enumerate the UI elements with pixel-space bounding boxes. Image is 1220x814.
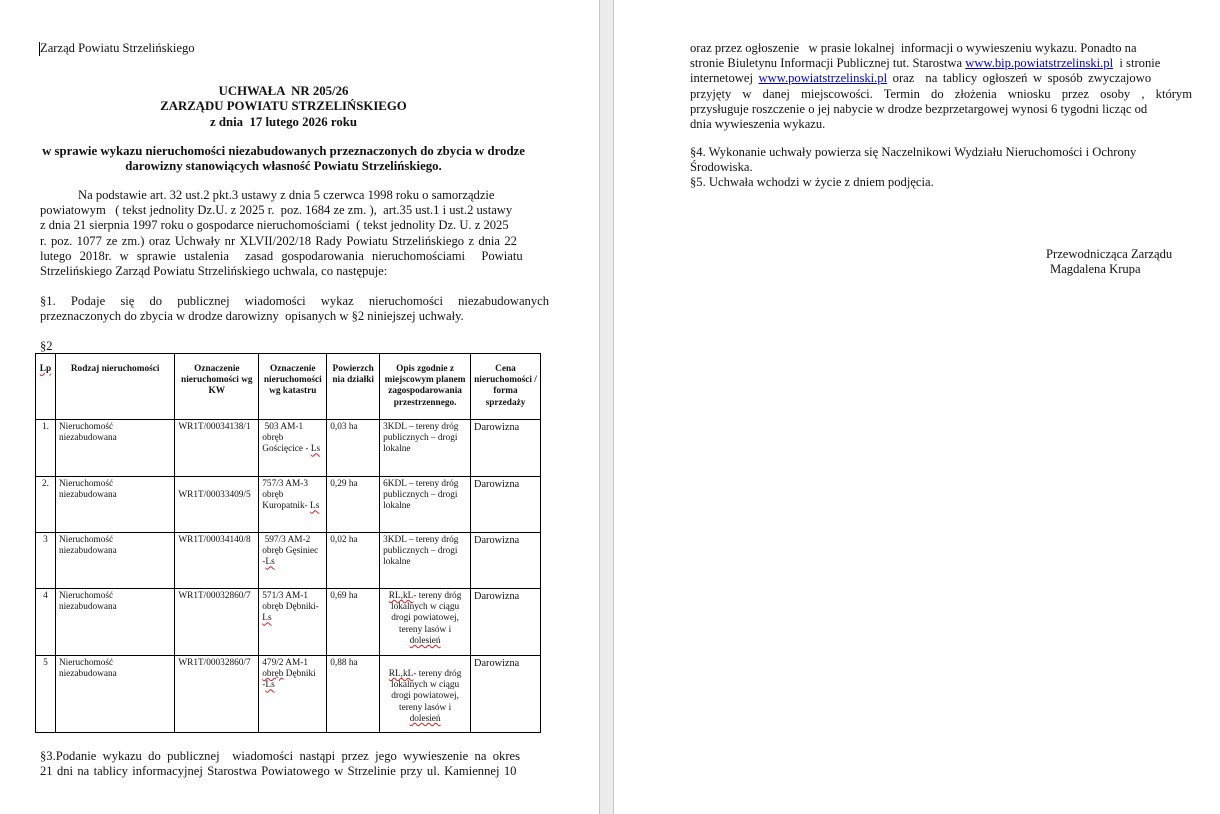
header-lp: Lp <box>36 354 56 420</box>
cadastre-use-class: Ls <box>265 680 274 690</box>
plan-code: RL,kL <box>389 669 414 679</box>
cadastre-location-name: Gościęcice - <box>262 444 311 454</box>
cell-price: Darowizna <box>471 656 541 733</box>
cadastre-precinct: obręb Dębniki- <box>262 602 323 613</box>
cell-kw: WR1T/00034138/1 <box>175 420 259 477</box>
paragraph-3-line: §3.Podanie wykazu do publicznej wiadomoś… <box>40 749 525 764</box>
document-page-1: Zarząd Powiatu Strzelińskiego UCHWAŁA NR… <box>0 0 599 814</box>
header-cadastre: Oznaczenie nieruchomości wg katastru <box>259 354 327 420</box>
cell-lp: 2. <box>36 477 56 533</box>
preamble-text: Na podstawie art. 32 ust.2 pkt.3 ustawy … <box>78 188 495 203</box>
preamble-line: z dnia 21 sierpnia 1997 roku o gospodarc… <box>40 218 525 233</box>
title-line-issuer: ZARZĄDU POWIATU STRZELIŃSKIEGO <box>40 99 527 114</box>
preamble-line: r. poz. 1077 ze zm.) oraz Uchwały nr XLV… <box>40 234 525 249</box>
cadastre-use-class: Ls <box>265 557 274 567</box>
plan-description-end: dolesień <box>410 636 441 646</box>
cell-price: Darowizna <box>471 589 541 656</box>
table-row: 2. Nieruchomość niezabudowana WR1T/00033… <box>36 477 541 533</box>
cell-cadastre: 479/2 AM-1 obręb Dębniki -Ls <box>259 656 327 733</box>
cell-kw: WR1T/00034140/8 <box>175 533 259 589</box>
cell-cadastre: 503 AM-1 obręb Gościęcice - Ls <box>259 420 327 477</box>
continuation-text: stronie Biuletynu Informacji Publicznej … <box>690 56 965 70</box>
table-row: 3 Nieruchomość niezabudowana WR1T/000341… <box>36 533 541 589</box>
plan-description-end: dolesień <box>410 714 441 724</box>
header-lp-text: Lp <box>40 364 51 374</box>
cadastre-plot: 503 AM-1 <box>262 422 323 433</box>
continuation-line: przyjęty w danej miejscowości. Termin do… <box>690 87 1175 102</box>
cell-type: Nieruchomość niezabudowana <box>55 589 174 656</box>
continuation-text: i stronie <box>1113 56 1160 70</box>
cell-area: 0,02 ha <box>327 533 380 589</box>
cell-lp: 5 <box>36 656 56 733</box>
header-area: Powierzch nia działki <box>327 354 380 420</box>
cell-price: Darowizna <box>471 533 541 589</box>
cell-description: 3KDL – tereny dróg publicznych – drogi l… <box>380 420 471 477</box>
table-row: 4 Nieruchomość niezabudowana WR1T/000328… <box>36 589 541 656</box>
signature-role: Przewodnicząca Zarządu <box>1046 247 1172 262</box>
continuation-line: dnia wywieszenia wykazu. <box>690 117 1175 132</box>
cell-cadastre: 757/3 AM-3 obręb Kuropatnik- Ls <box>259 477 327 533</box>
cell-price: Darowizna <box>471 420 541 477</box>
continuation-line: przysługuje roszczenie o jej nabycie w d… <box>690 102 1175 117</box>
preamble-line: lutego 2018r. w sprawie ustalenia zasad … <box>40 249 525 264</box>
cell-kw-text: WR1T/00033409/5 <box>178 479 255 501</box>
subject-line-2: darowizny stanowiących własność Powiatu … <box>40 159 527 174</box>
cell-area: 0,69 ha <box>327 589 380 656</box>
header-organization: Zarząd Powiatu Strzelińskiego <box>40 41 195 56</box>
website-link[interactable]: www.powiatstrzelinski.pl <box>759 71 888 85</box>
cell-area: 0,03 ha <box>327 420 380 477</box>
cadastre-location: Ls <box>262 613 323 624</box>
cell-area: 0,29 ha <box>327 477 380 533</box>
title-line-number: UCHWAŁA NR 205/26 <box>40 84 527 99</box>
cadastre-location: Gościęcice - Ls <box>262 444 323 455</box>
cell-lp: 3 <box>36 533 56 589</box>
continuation-line: internetowej www.powiatstrzelinski.pl or… <box>690 71 1175 86</box>
signature-block: Przewodnicząca Zarządu Magdalena Krupa <box>1046 247 1172 277</box>
paragraph-3: §3.Podanie wykazu do publicznej wiadomoś… <box>40 749 525 779</box>
preamble-line: powiatowym ( tekst jednolity Dz.U. z 202… <box>40 203 525 218</box>
plan-code: RL,kL <box>389 591 414 601</box>
table-header-row: Lp Rodzaj nieruchomości Oznaczenie nieru… <box>36 354 541 420</box>
paragraph-2-label: §2 <box>40 339 53 354</box>
cell-lp: 1. <box>36 420 56 477</box>
preamble-line: Na podstawie art. 32 ust.2 pkt.3 ustawy … <box>40 188 525 203</box>
subject-line-1: w sprawie wykazu nieruchomości niezabudo… <box>40 144 527 159</box>
cell-cadastre: 597/3 AM-2 obręb Gęsiniec -Ls <box>259 533 327 589</box>
cadastre-location: Kuropatnik- Ls <box>262 501 323 512</box>
signature-name: Magdalena Krupa <box>1046 262 1172 277</box>
cadastre-use-class: Ls <box>262 613 271 623</box>
cell-type: Nieruchomość niezabudowana <box>55 477 174 533</box>
cadastre-use-class: Ls <box>310 501 319 511</box>
bip-link[interactable]: www.bip.powiatstrzelinski.pl <box>965 56 1113 70</box>
cadastre-precinct-label: obręb <box>262 669 283 679</box>
cadastre-precinct: obręb Dębniki <box>262 669 323 680</box>
cell-description: RL,kL- tereny dróg lokalnych w ciągu dro… <box>380 656 471 733</box>
cadastre-precinct: obręb Gęsiniec <box>262 546 323 557</box>
continuation-line: stronie Biuletynu Informacji Publicznej … <box>690 56 1175 71</box>
cadastre-precinct-name: Dębniki <box>283 669 315 679</box>
cell-kw: WR1T/00033409/5 <box>175 477 259 533</box>
continuation-line: oraz przez ogłoszenie w prasie lokalnej … <box>690 41 1175 56</box>
continuation-text: oraz na tablicy ogłoszeń w sposób zwycza… <box>887 71 1151 85</box>
cadastre-precinct: obręb <box>262 490 323 501</box>
cadastre-precinct: obręb <box>262 433 323 444</box>
cell-type: Nieruchomość niezabudowana <box>55 656 174 733</box>
paragraph-5: §5. Uchwała wchodzi w życie z dniem podj… <box>690 175 934 190</box>
cell-kw: WR1T/00032860/7 <box>175 656 259 733</box>
cadastre-location: -Ls <box>262 680 323 691</box>
cell-cadastre: 571/3 AM-1 obręb Dębniki- Ls <box>259 589 327 656</box>
cadastre-plot: 479/2 AM-1 <box>262 658 323 669</box>
header-type: Rodzaj nieruchomości <box>55 354 174 420</box>
header-price: Cena nieruchomości / forma sprzedaży <box>471 354 541 420</box>
cell-type: Nieruchomość niezabudowana <box>55 533 174 589</box>
table-row: 1. Nieruchomość niezabudowana WR1T/00034… <box>36 420 541 477</box>
preamble-line: Strzelińskiego Zarząd Powiatu Strzelińsk… <box>40 264 525 279</box>
paragraph-4-line: Środowiska. <box>690 160 1175 175</box>
cadastre-plot: 571/3 AM-1 <box>262 591 323 602</box>
paragraph-3-continuation: oraz przez ogłoszenie w prasie lokalnej … <box>690 41 1175 132</box>
cadastre-location-name: Kuropatnik- <box>262 501 310 511</box>
cell-lp: 4 <box>36 589 56 656</box>
cadastre-plot: 597/3 AM-2 <box>262 535 323 546</box>
header-description: Opis zgodnie z miejscowym planem zagospo… <box>380 354 471 420</box>
page-separator <box>599 0 614 814</box>
cadastre-use-class: Ls <box>311 444 320 454</box>
preamble-paragraph: Na podstawie art. 32 ust.2 pkt.3 ustawy … <box>40 188 525 279</box>
cell-kw: WR1T/00032860/7 <box>175 589 259 656</box>
paragraph-4: §4. Wykonanie uchwały powierza się Nacze… <box>690 145 1175 175</box>
property-list-table: Lp Rodzaj nieruchomości Oznaczenie nieru… <box>35 353 541 733</box>
resolution-title: UCHWAŁA NR 205/26 ZARZĄDU POWIATU STRZEL… <box>40 84 527 130</box>
cell-description: RL,kL- tereny dróg lokalnych w ciągu dro… <box>380 589 471 656</box>
continuation-text: internetowej <box>690 71 759 85</box>
document-page-2: oraz przez ogłoszenie w prasie lokalnej … <box>614 0 1220 814</box>
cell-area: 0,88 ha <box>327 656 380 733</box>
table-row: 5 Nieruchomość niezabudowana WR1T/000328… <box>36 656 541 733</box>
paragraph-1-line: §1. Podaje się do publicznej wiadomości … <box>40 294 525 309</box>
title-line-date: z dnia 17 lutego 2026 roku <box>40 115 527 130</box>
resolution-subject: w sprawie wykazu nieruchomości niezabudo… <box>40 144 527 175</box>
paragraph-1-line: przeznaczonych do zbycia w drodze darowi… <box>40 309 525 324</box>
cadastre-plot: 757/3 AM-3 <box>262 479 323 490</box>
paragraph-3-line: 21 dni na tablicy informacyjnej Starostw… <box>40 764 525 779</box>
cell-type: Nieruchomość niezabudowana <box>55 420 174 477</box>
cadastre-location: -Ls <box>262 557 323 568</box>
header-kw: Oznaczenie nieruchomości wg KW <box>175 354 259 420</box>
cell-description: 3KDL – tereny dróg publicznych – drogi l… <box>380 533 471 589</box>
cell-description: 6KDL – tereny dróg publicznych – drogi l… <box>380 477 471 533</box>
cell-price: Darowizna <box>471 477 541 533</box>
paragraph-1: §1. Podaje się do publicznej wiadomości … <box>40 294 525 324</box>
paragraph-4-line: §4. Wykonanie uchwały powierza się Nacze… <box>690 145 1175 160</box>
